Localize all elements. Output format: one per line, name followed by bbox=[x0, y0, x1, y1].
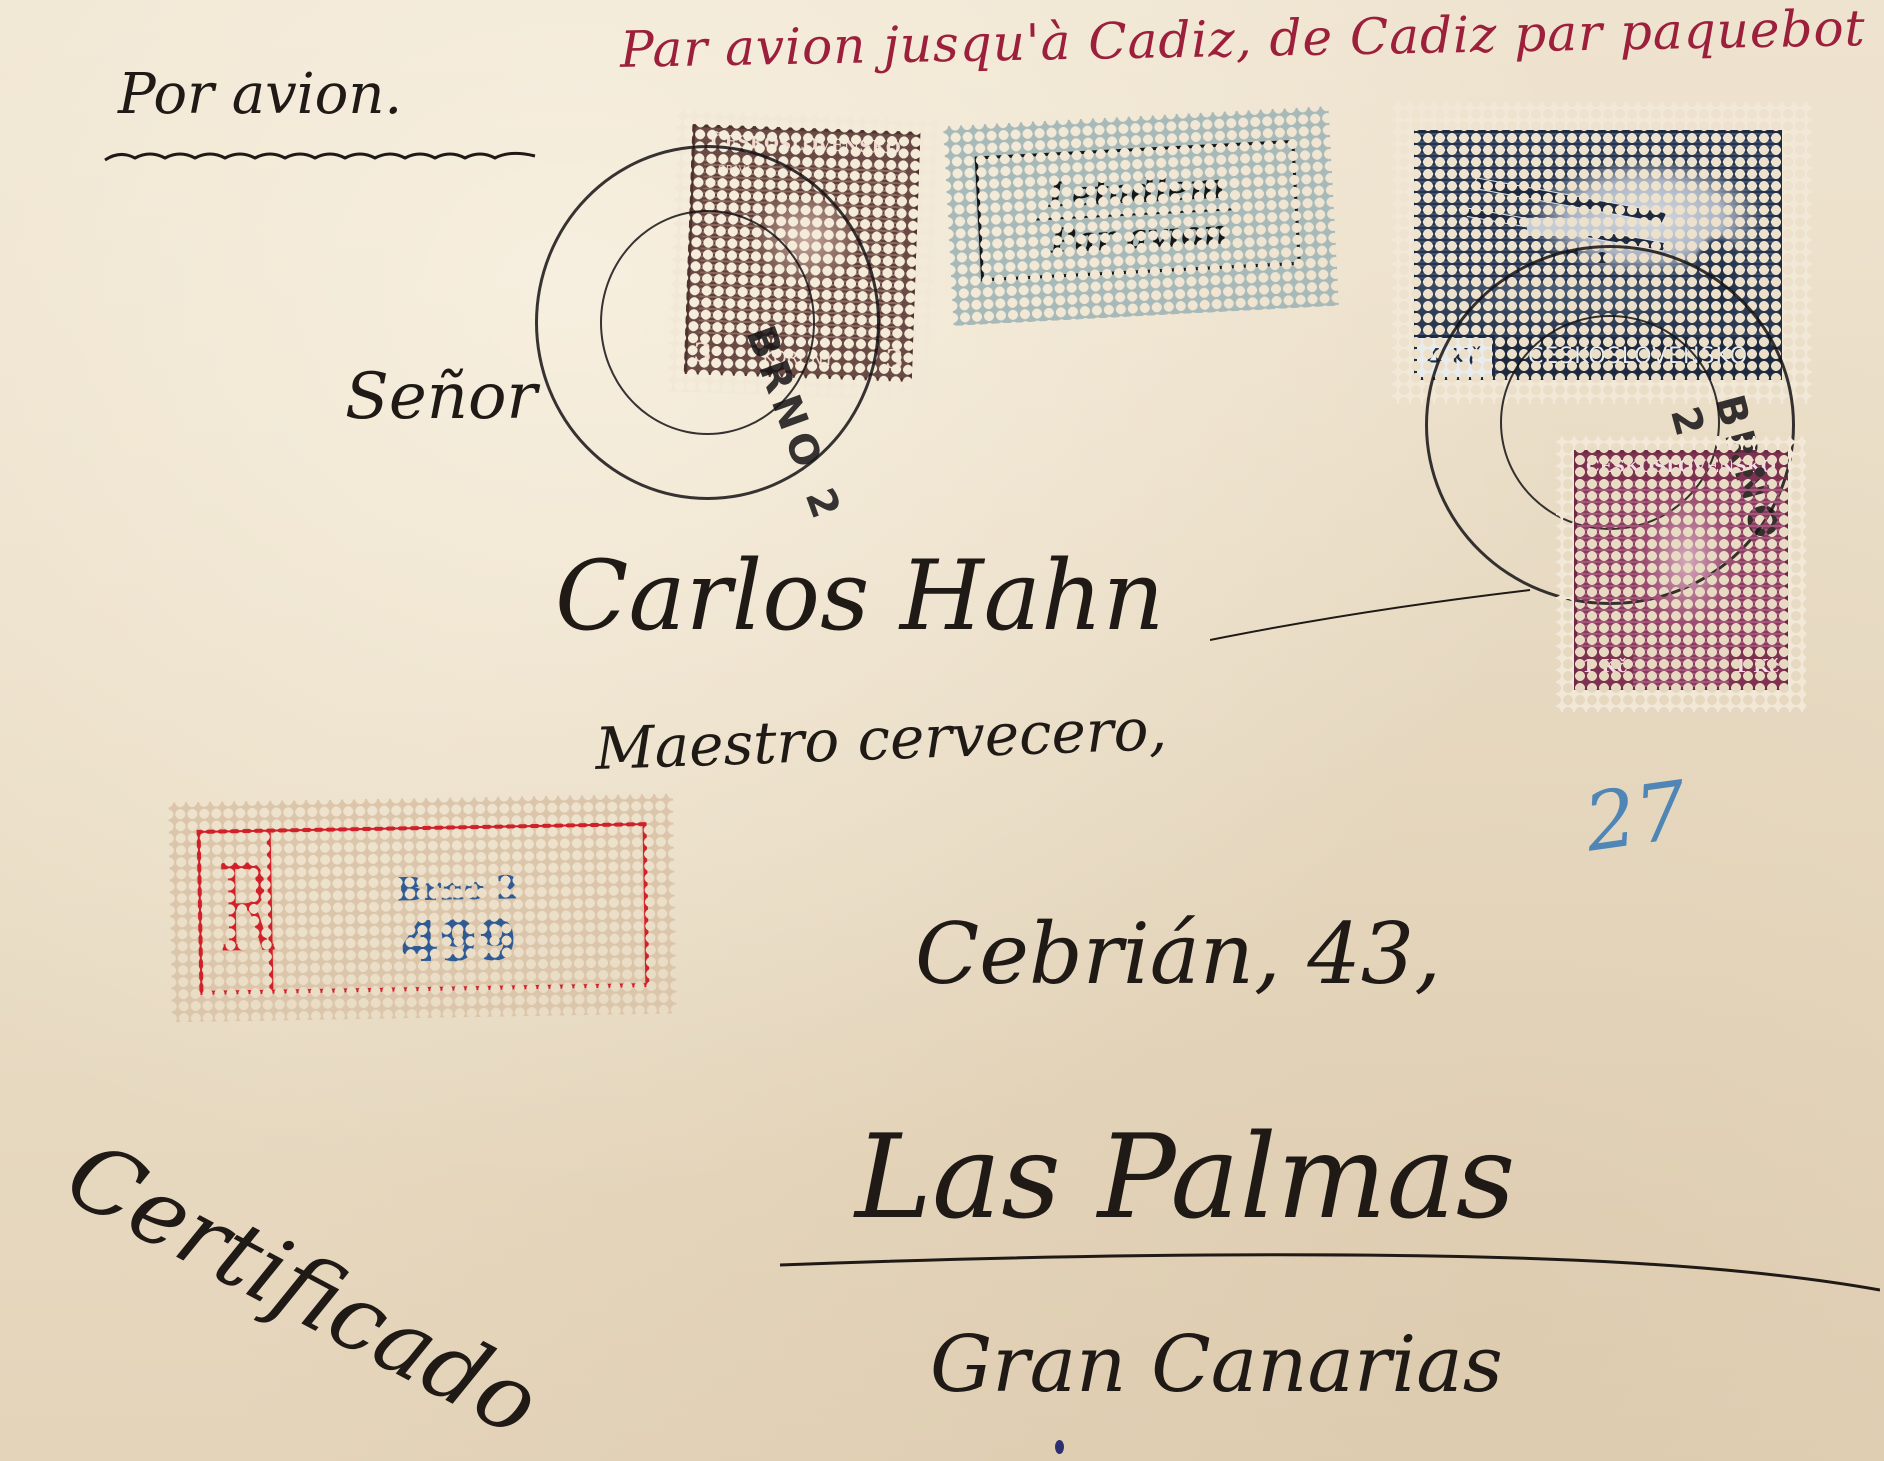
salutation: Señor bbox=[345, 360, 537, 434]
airmail-label: Letadlem Par avion bbox=[943, 106, 1339, 326]
recipient-title: Maestro cervecero, bbox=[594, 695, 1168, 783]
stamp-portrait-value-left: 1 Kč bbox=[1577, 647, 1633, 687]
city-underline bbox=[780, 1245, 1880, 1305]
stamp-portrait: ČESKOSLOVENSKO 1 Kč 1 Kč bbox=[1556, 436, 1806, 712]
registration-number: 499 bbox=[272, 906, 645, 977]
ink-dot bbox=[1055, 1440, 1064, 1454]
envelope: Par avion jusqu'à Cadiz, de Cadiz par pa… bbox=[0, 0, 1884, 1461]
registration-office: Brno 2 bbox=[271, 866, 644, 910]
sender-airmail-note: Por avion. bbox=[118, 62, 402, 127]
pencil-note: 27 bbox=[1579, 763, 1693, 869]
stamp-orava-value-right: 3 bbox=[885, 345, 904, 376]
routing-note: Par avion jusqu'à Cadiz, de Cadiz par pa… bbox=[620, 0, 1867, 79]
service-note: Certificado bbox=[50, 1120, 557, 1457]
registration-label: R Brno 2 499 bbox=[168, 794, 677, 1023]
recipient-name: Carlos Hahn bbox=[555, 540, 1164, 652]
street: Cebrián, 43, bbox=[915, 905, 1441, 1003]
airmail-label-line2: Par avion bbox=[981, 209, 1297, 265]
city: Las Palmas bbox=[855, 1110, 1515, 1245]
stamp-portrait-value-right: 1 Kč bbox=[1729, 647, 1785, 687]
registration-letter: R bbox=[217, 845, 255, 976]
name-flourish bbox=[1210, 585, 1540, 645]
region: Gran Canarias bbox=[930, 1320, 1503, 1410]
underline-flourish bbox=[100, 148, 540, 164]
stamp-portrait-country: ČESKOSLOVENSKO bbox=[1577, 453, 1785, 481]
